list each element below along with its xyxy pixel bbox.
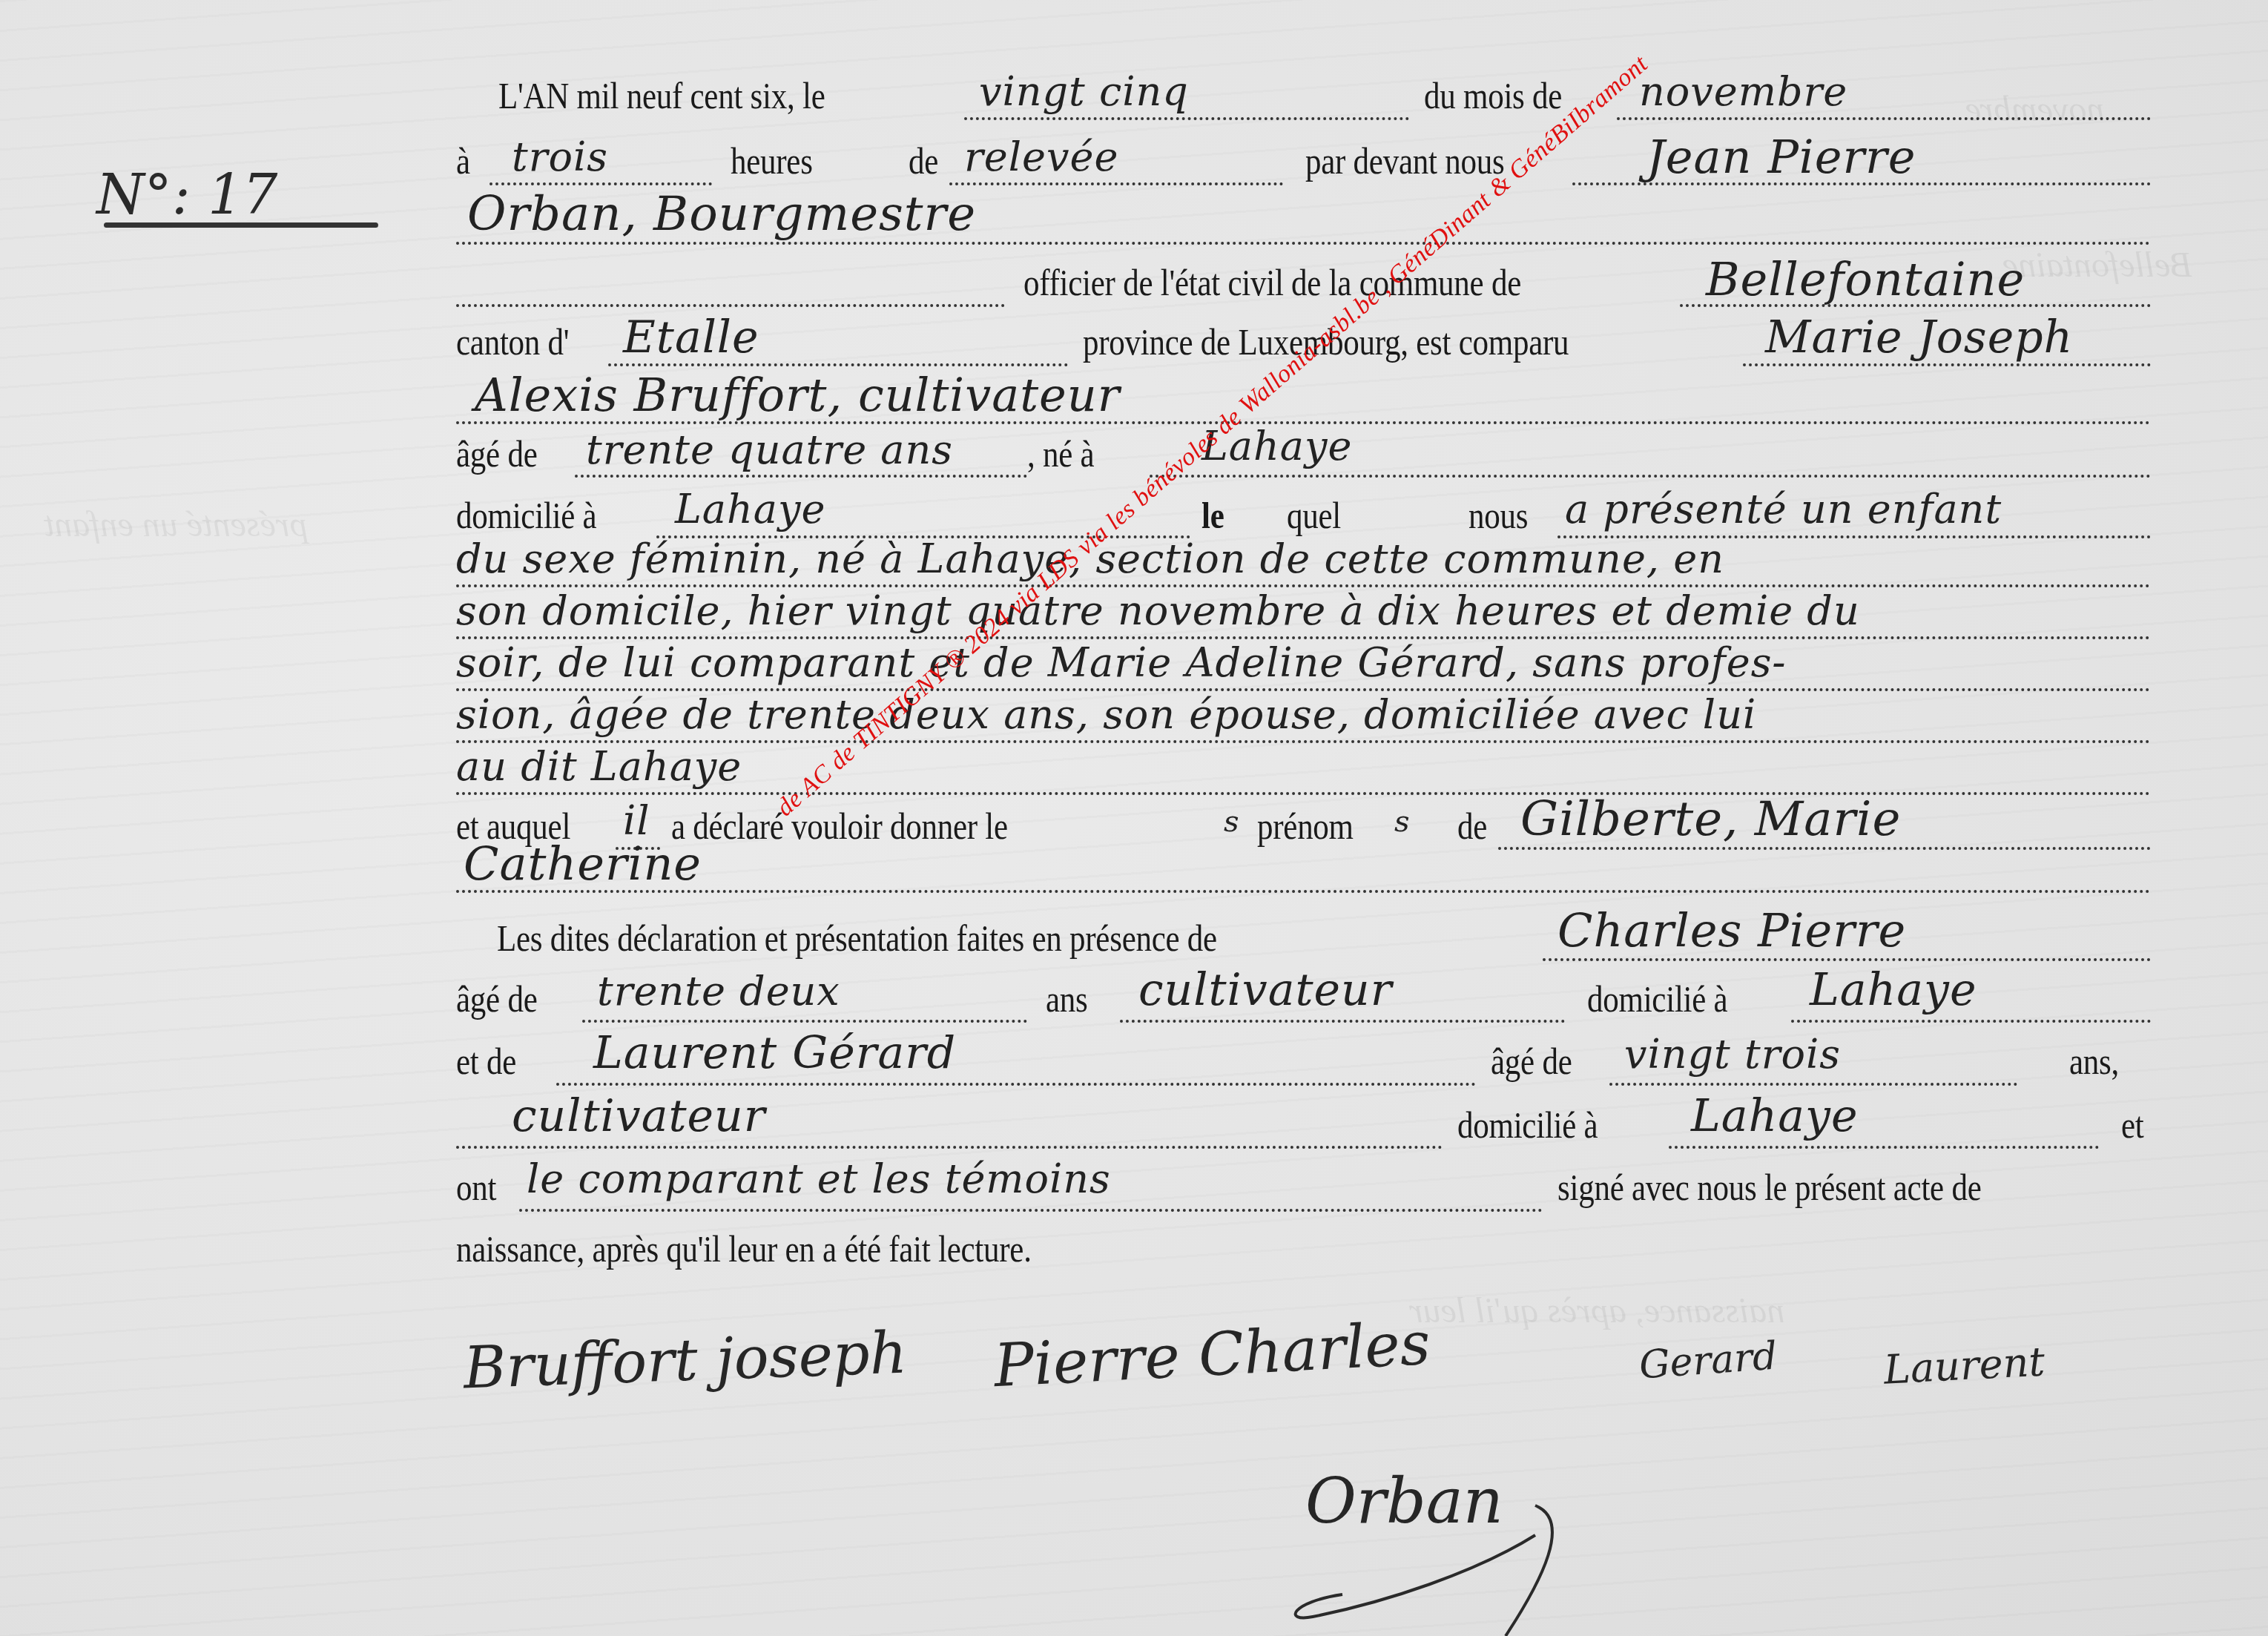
printed-year-clause: L'AN mil neuf cent six, le — [498, 74, 825, 117]
handwritten-birth-details-4: sion, âgée de trente deux ans, son épous… — [456, 691, 1756, 738]
handwritten-month: novembre — [1639, 68, 1847, 115]
dotted-fill-line — [1543, 958, 2151, 961]
bleed-through-text: novembre — [1965, 89, 2104, 130]
entry-number-underline — [104, 222, 378, 228]
printed-ont: ont — [456, 1166, 496, 1209]
dotted-fill-line — [489, 182, 712, 185]
printed-witness-clause: Les dites déclaration et présentation fa… — [497, 917, 1217, 960]
dotted-fill-line — [456, 890, 2151, 893]
handwritten-witness1-domicile: Lahaye — [1810, 964, 1977, 1016]
handwritten-canton: Etalle — [623, 311, 759, 363]
printed-officer-clause: officier de l'état civil de la commune d… — [1023, 261, 1521, 304]
dotted-fill-line — [1743, 363, 2151, 366]
printed-le: le — [1201, 494, 1224, 537]
printed-age-label: âgé de — [1491, 1040, 1572, 1083]
printed-before-us: par devant nous — [1305, 139, 1504, 182]
handwritten-witness2-age: vingt trois — [1624, 1031, 1841, 1078]
handwritten-commune: Bellefontaine — [1706, 252, 2025, 306]
printed-and-of: et de — [456, 1040, 516, 1083]
printed-declared-clause-b: a déclaré vouloir donner le — [671, 805, 1008, 848]
dotted-fill-line — [519, 1209, 1543, 1212]
printed-month-label: du mois de — [1424, 74, 1562, 117]
dotted-fill-line — [1120, 1020, 1565, 1023]
signature-witness-2-given: Laurent — [1883, 1338, 2046, 1393]
handwritten-signers: le comparant et les témoins — [527, 1155, 1111, 1202]
printed-age-label: âgé de — [456, 977, 537, 1020]
printed-a: à — [456, 139, 470, 182]
printed-age-label: âgé de — [456, 432, 537, 475]
dotted-fill-line — [608, 363, 1068, 366]
printed-nous: nous — [1468, 494, 1528, 537]
handwritten-domicile: Lahaye — [675, 486, 826, 532]
handwritten-witness1-age: trente deux — [597, 968, 840, 1015]
printed-signed-clause: signé avec nous le présent acte de — [1557, 1166, 1981, 1209]
dotted-fill-line — [456, 1146, 1443, 1149]
printed-ans: ans — [1046, 977, 1088, 1020]
dotted-fill-line — [1150, 475, 2151, 478]
handwritten-witness1-occupation: cultivateur — [1138, 964, 1392, 1016]
dotted-fill-line — [1669, 1146, 2099, 1149]
handwritten-comparant-age: trente quatre ans — [586, 426, 953, 473]
handwritten-hour: trois — [512, 133, 608, 180]
handwritten-witness2-name: Laurent Gérard — [593, 1027, 956, 1079]
dotted-fill-line — [1617, 117, 2151, 120]
bleed-through-text: présenté un enfant — [44, 504, 308, 545]
handwritten-given-names-continued: Catherine — [464, 837, 702, 891]
handwritten-given-names: Gilberte, Marie — [1520, 792, 1901, 847]
handwritten-plural-mark: s — [1224, 805, 1240, 839]
dotted-fill-line — [1498, 847, 2151, 850]
dotted-fill-line — [575, 475, 1027, 478]
printed-et: et — [2121, 1104, 2144, 1147]
printed-de: de — [1457, 805, 1487, 848]
handwritten-birth-details-5: au dit Lahaye — [456, 743, 742, 790]
printed-domicile-label: domicilié à — [456, 494, 596, 537]
dotted-fill-line — [1791, 1020, 2151, 1023]
printed-de: de — [909, 139, 938, 182]
handwritten-comparant-name: Marie Joseph — [1765, 311, 2073, 363]
dotted-fill-line — [582, 1020, 1027, 1023]
handwritten-time-of-day: relevée — [964, 133, 1118, 180]
handwritten-day: vingt cinq — [979, 68, 1189, 115]
signature-flourish — [1224, 1491, 1609, 1636]
handwritten-witness1-name: Charles Pierre — [1557, 903, 1906, 957]
dotted-fill-line — [1609, 1083, 2017, 1086]
printed-ans: ans, — [2069, 1040, 2119, 1083]
handwritten-comparant-name-occupation: Alexis Bruffort, cultivateur — [475, 368, 1120, 422]
handwritten-presentation: a présenté un enfant — [1565, 486, 2002, 532]
handwritten-birth-details-2: son domicile, hier vingt quatre novembre… — [456, 587, 1860, 634]
dotted-fill-line — [949, 182, 1283, 185]
dotted-fill-line — [556, 1083, 1476, 1086]
printed-hours-label: heures — [731, 139, 813, 182]
bleed-through-text: naissance, après qu'il leur — [1409, 1290, 1784, 1331]
printed-prenom-label: prénom — [1257, 805, 1354, 848]
handwritten-birth-details-3: soir, de lui comparant et de Marie Adeli… — [456, 639, 1787, 686]
printed-domicile-label: domicilié à — [1457, 1104, 1598, 1147]
dotted-fill-line — [964, 117, 1409, 120]
handwritten-officer-name-continued: Orban, Bourgmestre — [467, 187, 976, 242]
dotted-fill-line — [456, 242, 2151, 245]
entry-number: N°: 17 — [96, 163, 277, 227]
printed-domicile-label: domicilié à — [1587, 977, 1727, 1020]
handwritten-officer-name: Jean Pierre — [1646, 130, 1916, 184]
printed-canton-label: canton d' — [456, 320, 569, 363]
printed-reading-clause: naissance, après qu'il leur en a été fai… — [456, 1227, 1032, 1270]
handwritten-witness2-occupation: cultivateur — [512, 1090, 765, 1142]
handwritten-plural-mark: s — [1394, 805, 1411, 839]
printed-born-at: , né à — [1027, 432, 1094, 475]
printed-quel: quel — [1287, 494, 1341, 537]
handwritten-witness2-domicile: Lahaye — [1691, 1090, 1858, 1142]
dotted-fill-line — [456, 304, 1005, 307]
bleed-through-text: Bellefontaine — [2002, 245, 2192, 286]
